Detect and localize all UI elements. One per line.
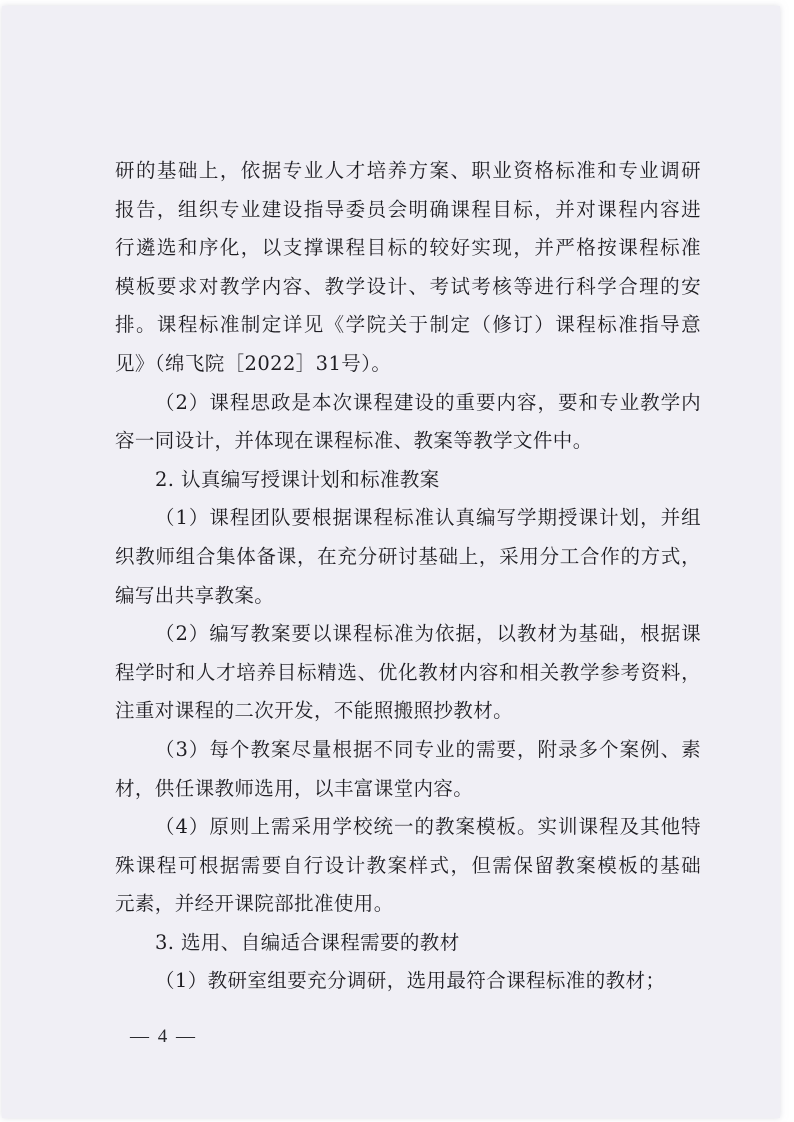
text-line: 排。课程标准制定详见《学院关于制定（修订）课程标准指导意 — [115, 306, 701, 345]
text-line: （4）原则上需采用学校统一的教案模板。实训课程及其他特 — [115, 808, 701, 847]
text-line: （3）每个教案尽量根据不同专业的需要，附录多个案例、素 — [115, 731, 701, 770]
text-line: （2）课程思政是本次课程建设的重要内容，要和专业教学内 — [115, 384, 701, 423]
text-line: 元素，并经开课院部批准使用。 — [115, 885, 701, 924]
text-line: （2）编写教案要以课程标准为依据，以教材为基础，根据课 — [115, 615, 701, 654]
text-line: （1）课程团队要根据课程标准认真编写学期授课计划，并组 — [115, 499, 701, 538]
document-page: 研的基础上，依据专业人才培养方案、职业资格标准和专业调研 报告，组织专业建设指导… — [2, 6, 780, 1118]
text-line: 见》（绵飞院［2022］31号）。 — [115, 345, 701, 384]
document-body: 研的基础上，依据专业人才培养方案、职业资格标准和专业调研 报告，组织专业建设指导… — [115, 152, 701, 1001]
text-line: 织教师组合集体备课，在充分研讨基础上，采用分工合作的方式， — [115, 538, 701, 577]
text-line: 程学时和人才培养目标精选、优化教材内容和相关教学参考资料， — [115, 654, 701, 693]
text-line: 行遴选和序化，以支撑课程目标的较好实现，并严格按课程标准 — [115, 229, 701, 268]
text-line: 容一同设计，并体现在课程标准、教案等教学文件中。 — [115, 422, 701, 461]
text-line: 注重对课程的二次开发，不能照搬照抄教材。 — [115, 692, 701, 731]
text-line: 报告，组织专业建设指导委员会明确课程目标，并对课程内容进 — [115, 191, 701, 230]
section-heading: 3. 选用、自编适合课程需要的教材 — [115, 924, 701, 963]
text-line: 殊课程可根据需要自行设计教案样式，但需保留教案模板的基础 — [115, 847, 701, 886]
text-line: 研的基础上，依据专业人才培养方案、职业资格标准和专业调研 — [115, 152, 701, 191]
text-line: 编写出共享教案。 — [115, 577, 701, 616]
text-line: （1）教研室组要充分调研，选用最符合课程标准的教材； — [115, 962, 701, 1001]
page-number: — 4 — — [130, 1026, 197, 1048]
text-line: 材，供任课教师选用，以丰富课堂内容。 — [115, 770, 701, 809]
text-line: 模板要求对教学内容、教学设计、考试考核等进行科学合理的安 — [115, 268, 701, 307]
section-heading: 2. 认真编写授课计划和标准教案 — [115, 461, 701, 500]
